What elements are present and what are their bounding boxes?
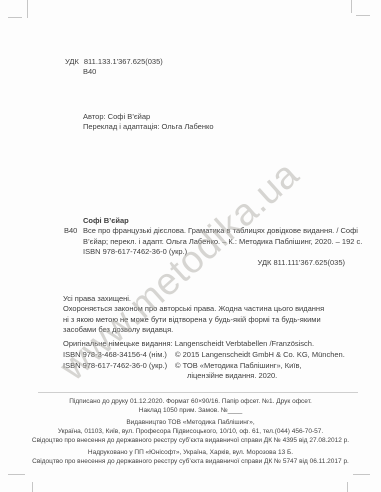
udk-label: УДК xyxy=(65,57,79,66)
crop-mark-bottom-left-vertical xyxy=(32,482,33,492)
publisher-address-line: Україна, 01103, Київ, вул. Професора Під… xyxy=(20,428,361,437)
imprint-page: www.metodika.ua УДК811.133.1'367.625(035… xyxy=(0,0,381,492)
rights-block: Усі права захищені. Охороняється законом… xyxy=(63,294,363,349)
crop-mark-top-left-vertical xyxy=(27,0,28,18)
publisher-certificate-line: Свідоцтво про внесення до державного реє… xyxy=(20,437,361,446)
copyright-column: © 2015 Langenscheidt GmbH & Co. KG, Münc… xyxy=(175,350,365,382)
copyright-langenscheidt: © 2015 Langenscheidt GmbH & Co. KG, Münc… xyxy=(175,350,365,361)
publisher-group: Видавництво ТОВ «Методика Паблішинг», Ук… xyxy=(20,419,361,445)
isbn-copyright-block: ISBN 978-3-468-34156-4 (нім.) ISBN 978-6… xyxy=(63,350,365,382)
catalog-description-line: В’єйар; перекл. і адапт. Ольга Лабенко. … xyxy=(83,237,345,247)
rights-paragraph-line: засобами без дозволу видавця. xyxy=(63,325,363,335)
print-info-line: Підписано до друку 01.12.2020. Формат 60… xyxy=(20,398,361,407)
translator-line: Переклад і адаптація: Ольга Лабенко xyxy=(83,122,214,132)
original-edition-line: Оригінальне німецьке видання: Langensche… xyxy=(63,339,363,349)
udk-value: 811.133.1'367.625(035) xyxy=(84,57,163,66)
crop-mark-bottom-left-horizontal xyxy=(8,474,25,475)
crop-mark-bottom-right-vertical xyxy=(347,482,348,492)
copyright-metodika: © ТОВ «Методика Паблішинг», Київ, xyxy=(175,361,365,372)
publisher-name-line: Видавництво ТОВ «Методика Паблішинг», xyxy=(20,419,361,428)
catalog-card: Софі В’єйар В40 Все про французькі дієсл… xyxy=(63,216,345,269)
catalog-author: Софі В’єйар xyxy=(83,216,345,226)
isbn-ukrainian: ISBN 978-617-7462-36-0 (укр.) xyxy=(63,361,175,372)
crop-mark-top-left-horizontal xyxy=(8,17,22,18)
catalog-isbn-line: ISBN 978-617-7462-36-0 (укр.) xyxy=(83,247,345,257)
catalog-description-line: Все про французькі дієслова. Граматика в… xyxy=(83,226,345,236)
crop-mark-top-right-horizontal xyxy=(356,15,370,16)
copyright-license-line: ліцензійне видання. 2020. xyxy=(175,371,365,382)
divider-rule xyxy=(38,392,358,393)
rights-paragraph-line: ні з якою метою не може бути відтворена … xyxy=(63,315,363,325)
classification-code: В40 xyxy=(83,67,96,77)
catalog-entry-code: В40 xyxy=(64,226,77,236)
isbn-german: ISBN 978-3-468-34156-4 (нім.) xyxy=(63,350,175,361)
printer-certificate-line: Свідоцтво про внесення до державного реє… xyxy=(20,458,361,467)
rights-reserved-line: Усі права захищені. xyxy=(63,294,363,304)
author-block: Автор: Софі В’єйар Переклад і адаптація:… xyxy=(83,112,214,132)
rights-paragraph-line: Охороняється законом про авторські права… xyxy=(63,304,363,314)
author-line: Автор: Софі В’єйар xyxy=(83,112,214,122)
catalog-udk-right: УДК 811.111'367.625(035) xyxy=(63,258,345,268)
crop-mark-top-right-vertical xyxy=(351,0,352,13)
printer-group: Надруковано у ПП «Юнісофт», Україна, Хар… xyxy=(20,449,361,467)
isbn-column: ISBN 978-3-468-34156-4 (нім.) ISBN 978-6… xyxy=(63,350,175,382)
imprint-block: Підписано до друку 01.12.2020. Формат 60… xyxy=(20,398,361,470)
udk-classification-row: УДК811.133.1'367.625(035) xyxy=(65,57,163,67)
printer-name-line: Надруковано у ПП «Юнісофт», Україна, Хар… xyxy=(20,449,361,458)
print-run-line: Наклад 1050 прим. Замов. №____ xyxy=(20,407,361,416)
crop-mark-bottom-right-horizontal xyxy=(353,474,370,475)
print-info-group: Підписано до друку 01.12.2020. Формат 60… xyxy=(20,398,361,416)
